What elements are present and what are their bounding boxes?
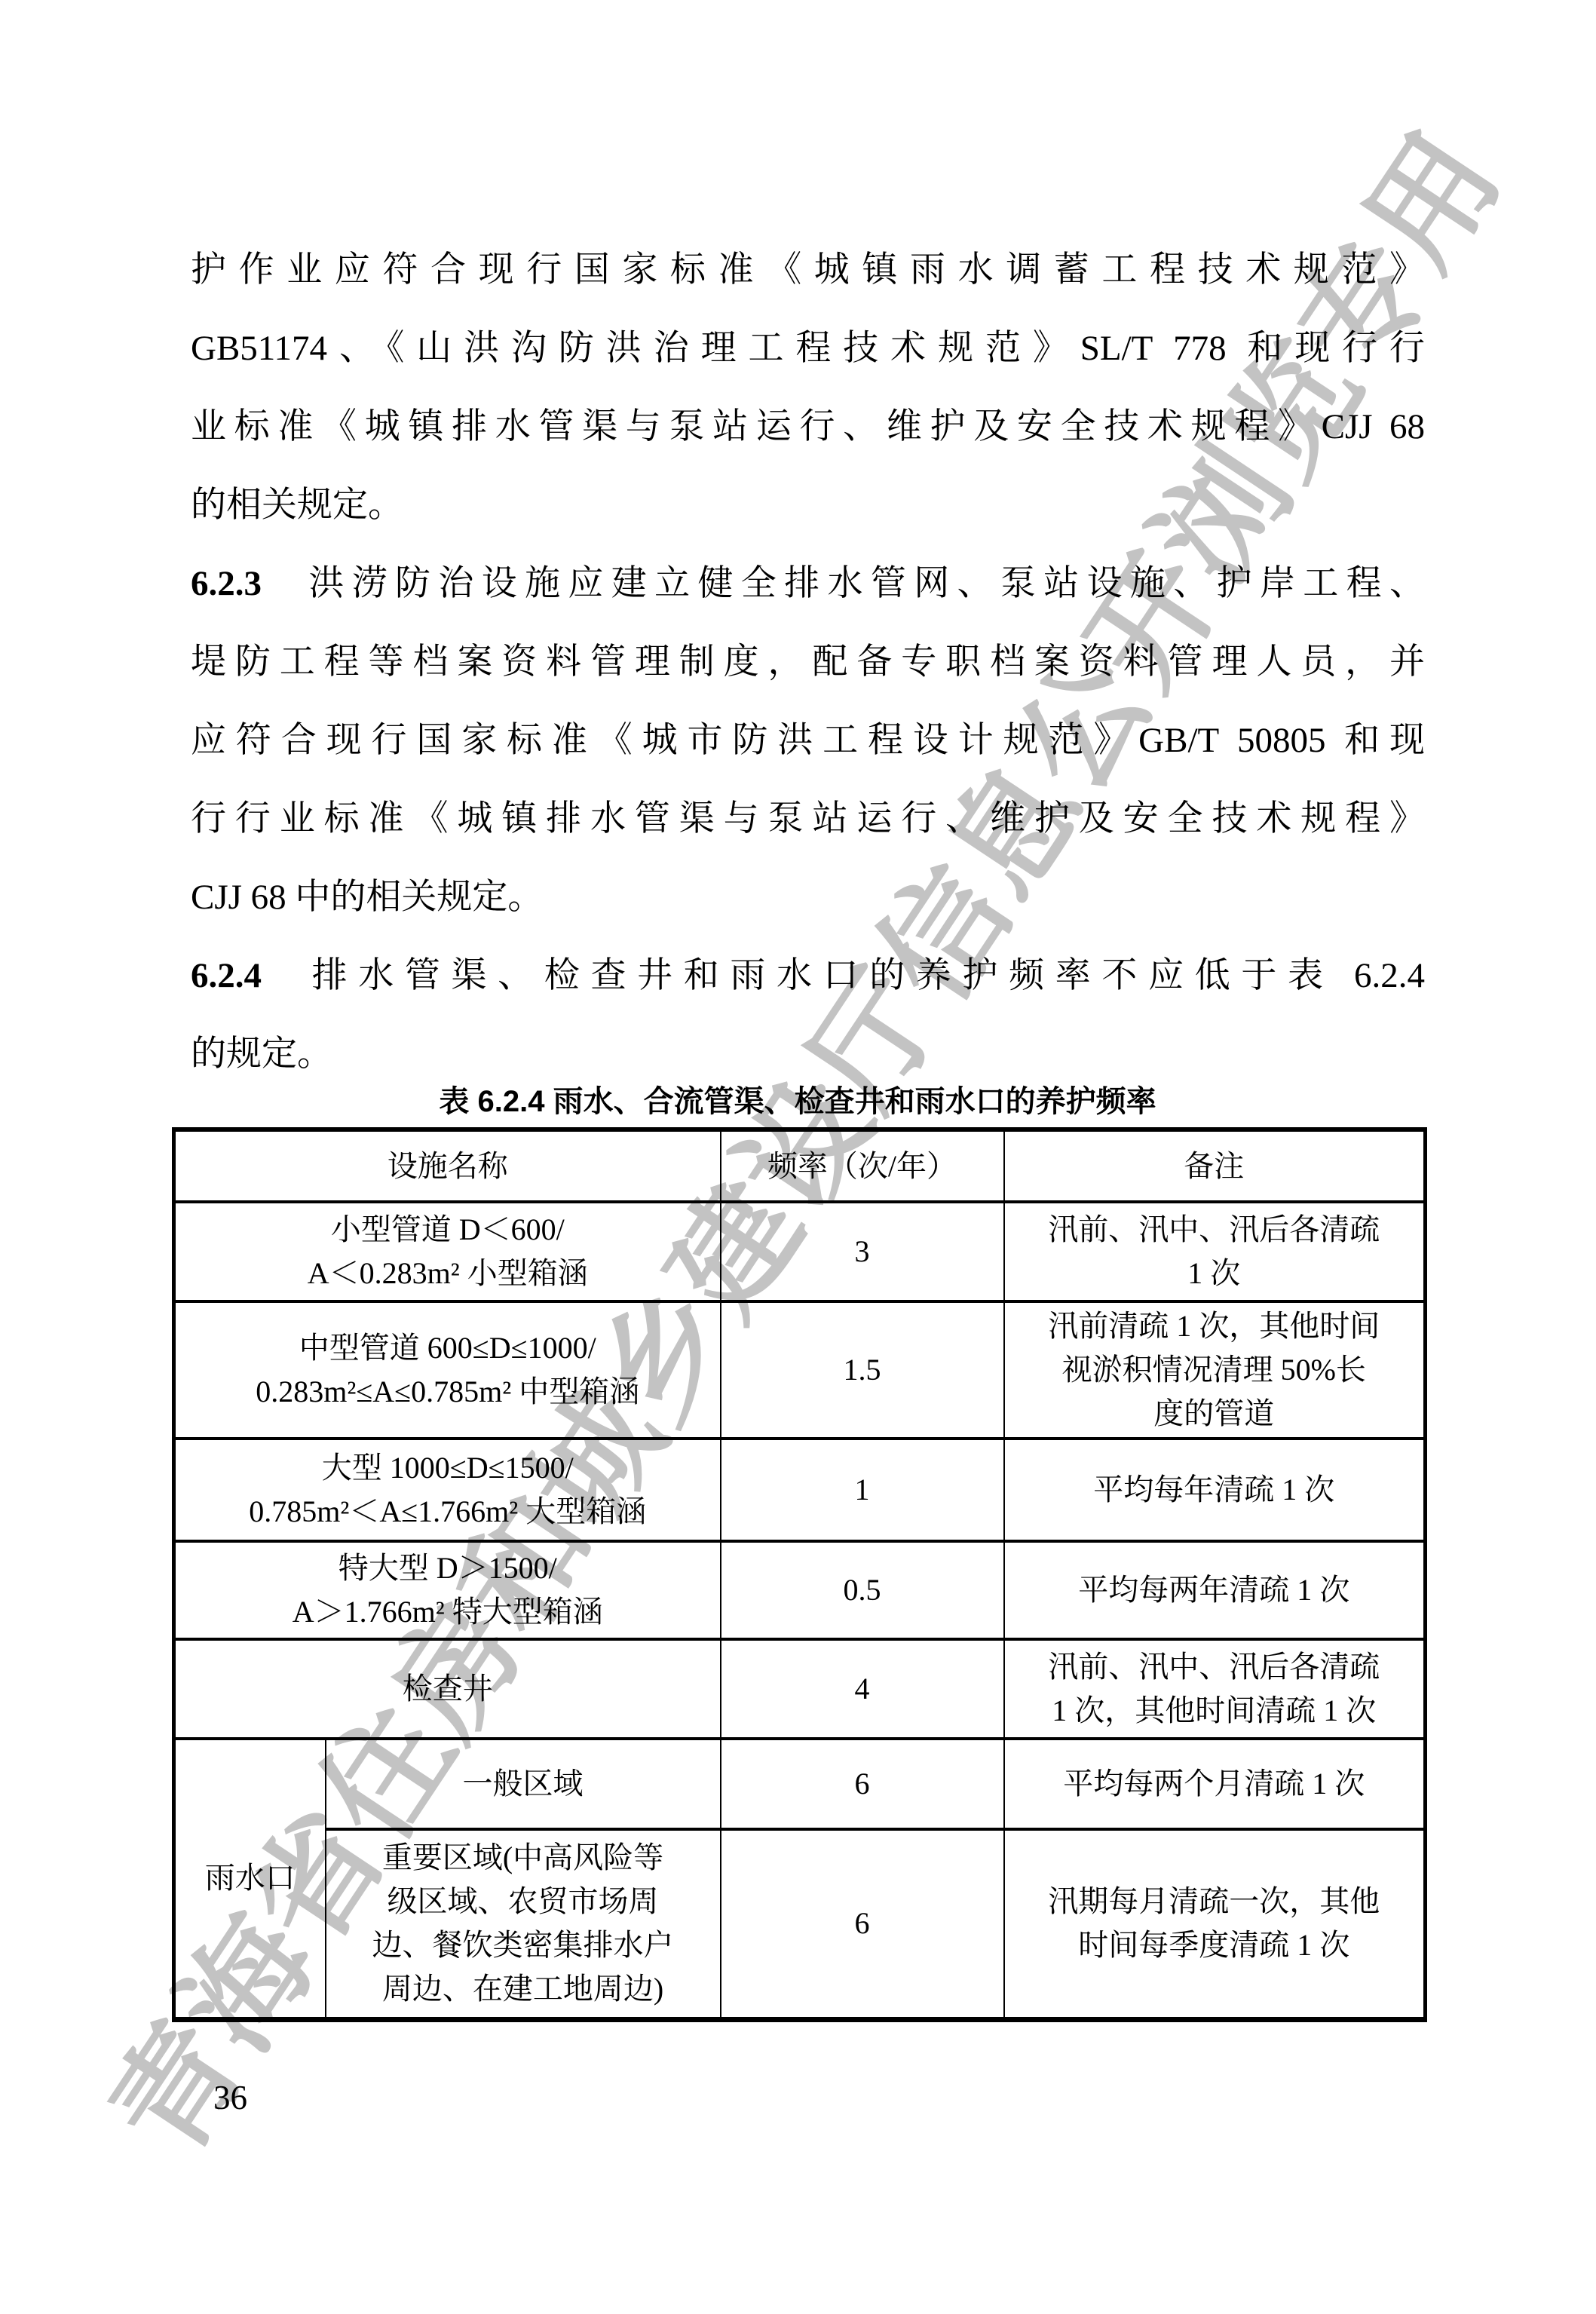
facility-cell: 小型管道 D＜600/ A＜0.283m² 小型箱涵 — [174, 1202, 721, 1301]
clause-number: 6.2.4 — [191, 936, 262, 1015]
facility-cell: 特大型 D＞1500/ A＞1.766m² 特大型箱涵 — [174, 1541, 721, 1639]
header-facility: 设施名称 — [174, 1129, 721, 1202]
frequency-cell: 6 — [721, 1739, 1004, 1829]
remark-cell: 平均每两个月清疏 1 次 — [1004, 1739, 1426, 1829]
group-label-rainwater-inlet: 雨水口 — [174, 1739, 326, 2019]
clause-6-2-3-line: 6.2.3洪涝防治设施应建立健全排水管网、泵站设施、护岸工程、 — [191, 544, 1425, 623]
clause-text: 排水管渠、检查井和雨水口的养护频率不应低于表 6.2.4 — [301, 956, 1425, 995]
page-number: 36 — [213, 2075, 247, 2120]
table-header-row: 设施名称 频率（次/年） 备注 — [174, 1129, 1426, 1202]
remark-cell: 汛前、汛中、汛后各清疏 1 次 — [1004, 1202, 1426, 1301]
table-row: 中型管道 600≤D≤1000/ 0.283m²≤A≤0.785m² 中型箱涵 … — [174, 1301, 1426, 1439]
facility-cell: 大型 1000≤D≤1500/ 0.785m²＜A≤1.766m² 大型箱涵 — [174, 1439, 721, 1541]
facility-cell: 中型管道 600≤D≤1000/ 0.283m²≤A≤0.785m² 中型箱涵 — [174, 1301, 721, 1439]
table-row: 重要区域(中高风险等 级区域、农贸市场周 边、餐饮类密集排水户 周边、在建工地周… — [174, 1829, 1426, 2019]
body-line: 应符合现行国家标准《城市防洪工程设计规范》GB/T 50805 和现 — [191, 701, 1425, 780]
document-page: 青海省住房和城乡建设厅信息公开浏览专用 护作业应符合现行国家标准《城镇雨水调蓄工… — [0, 0, 1596, 2314]
body-line: 业标准《城镇排水管渠与泵站运行、维护及安全技术规程》CJJ 68 — [191, 388, 1425, 466]
facility-cell: 重要区域(中高风险等 级区域、农贸市场周 边、餐饮类密集排水户 周边、在建工地周… — [326, 1829, 721, 2019]
table-row: 雨水口 一般区域 6 平均每两个月清疏 1 次 — [174, 1739, 1426, 1829]
facility-cell: 检查井 — [174, 1639, 721, 1739]
table-row: 小型管道 D＜600/ A＜0.283m² 小型箱涵 3 汛前、汛中、汛后各清疏… — [174, 1202, 1426, 1301]
body-line: 的相关规定。 — [191, 466, 1425, 544]
remark-cell: 汛期每月清疏一次，其他 时间每季度清疏 1 次 — [1004, 1829, 1426, 2019]
body-line: CJJ 68 中的相关规定。 — [191, 858, 1425, 936]
clause-number: 6.2.3 — [191, 544, 262, 623]
table-row: 特大型 D＞1500/ A＞1.766m² 特大型箱涵 0.5 平均每两年清疏 … — [174, 1541, 1426, 1639]
remark-cell: 汛前清疏 1 次，其他时间 视淤积情况清理 50%长 度的管道 — [1004, 1301, 1426, 1439]
frequency-cell: 1.5 — [721, 1301, 1004, 1439]
body-line: 堤防工程等档案资料管理制度，配备专职档案资料管理人员，并 — [191, 623, 1425, 701]
table-row: 检查井 4 汛前、汛中、汛后各清疏 1 次，其他时间清疏 1 次 — [174, 1639, 1426, 1739]
facility-cell: 一般区域 — [326, 1739, 721, 1829]
remark-cell: 平均每两年清疏 1 次 — [1004, 1541, 1426, 1639]
remark-cell: 汛前、汛中、汛后各清疏 1 次，其他时间清疏 1 次 — [1004, 1639, 1426, 1739]
frequency-cell: 6 — [721, 1829, 1004, 2019]
maintenance-frequency-table: 设施名称 频率（次/年） 备注 小型管道 D＜600/ A＜0.283m² 小型… — [172, 1127, 1427, 2022]
remark-cell: 平均每年清疏 1 次 — [1004, 1439, 1426, 1541]
body-line: 行行业标准《城镇排水管渠与泵站运行、维护及安全技术规程》 — [191, 780, 1425, 858]
body-line: 护作业应符合现行国家标准《城镇雨水调蓄工程技术规范》 — [191, 231, 1425, 309]
frequency-cell: 0.5 — [721, 1541, 1004, 1639]
table-title: 表 6.2.4 雨水、合流管渠、检查井和雨水口的养护频率 — [172, 1078, 1423, 1125]
clause-6-2-4-line: 6.2.4排水管渠、检查井和雨水口的养护频率不应低于表 6.2.4 — [191, 936, 1425, 1015]
header-remark: 备注 — [1004, 1129, 1426, 1202]
clause-text: 洪涝防治设施应建立健全排水管网、泵站设施、护岸工程、 — [301, 564, 1425, 603]
frequency-cell: 3 — [721, 1202, 1004, 1301]
body-text: 护作业应符合现行国家标准《城镇雨水调蓄工程技术规范》 GB51174、《山洪沟防… — [191, 231, 1425, 1093]
header-frequency: 频率（次/年） — [721, 1129, 1004, 1202]
frequency-cell: 1 — [721, 1439, 1004, 1541]
table-row: 大型 1000≤D≤1500/ 0.785m²＜A≤1.766m² 大型箱涵 1… — [174, 1439, 1426, 1541]
body-line: GB51174、《山洪沟防洪治理工程技术规范》SL/T 778 和现行行 — [191, 309, 1425, 388]
frequency-cell: 4 — [721, 1639, 1004, 1739]
